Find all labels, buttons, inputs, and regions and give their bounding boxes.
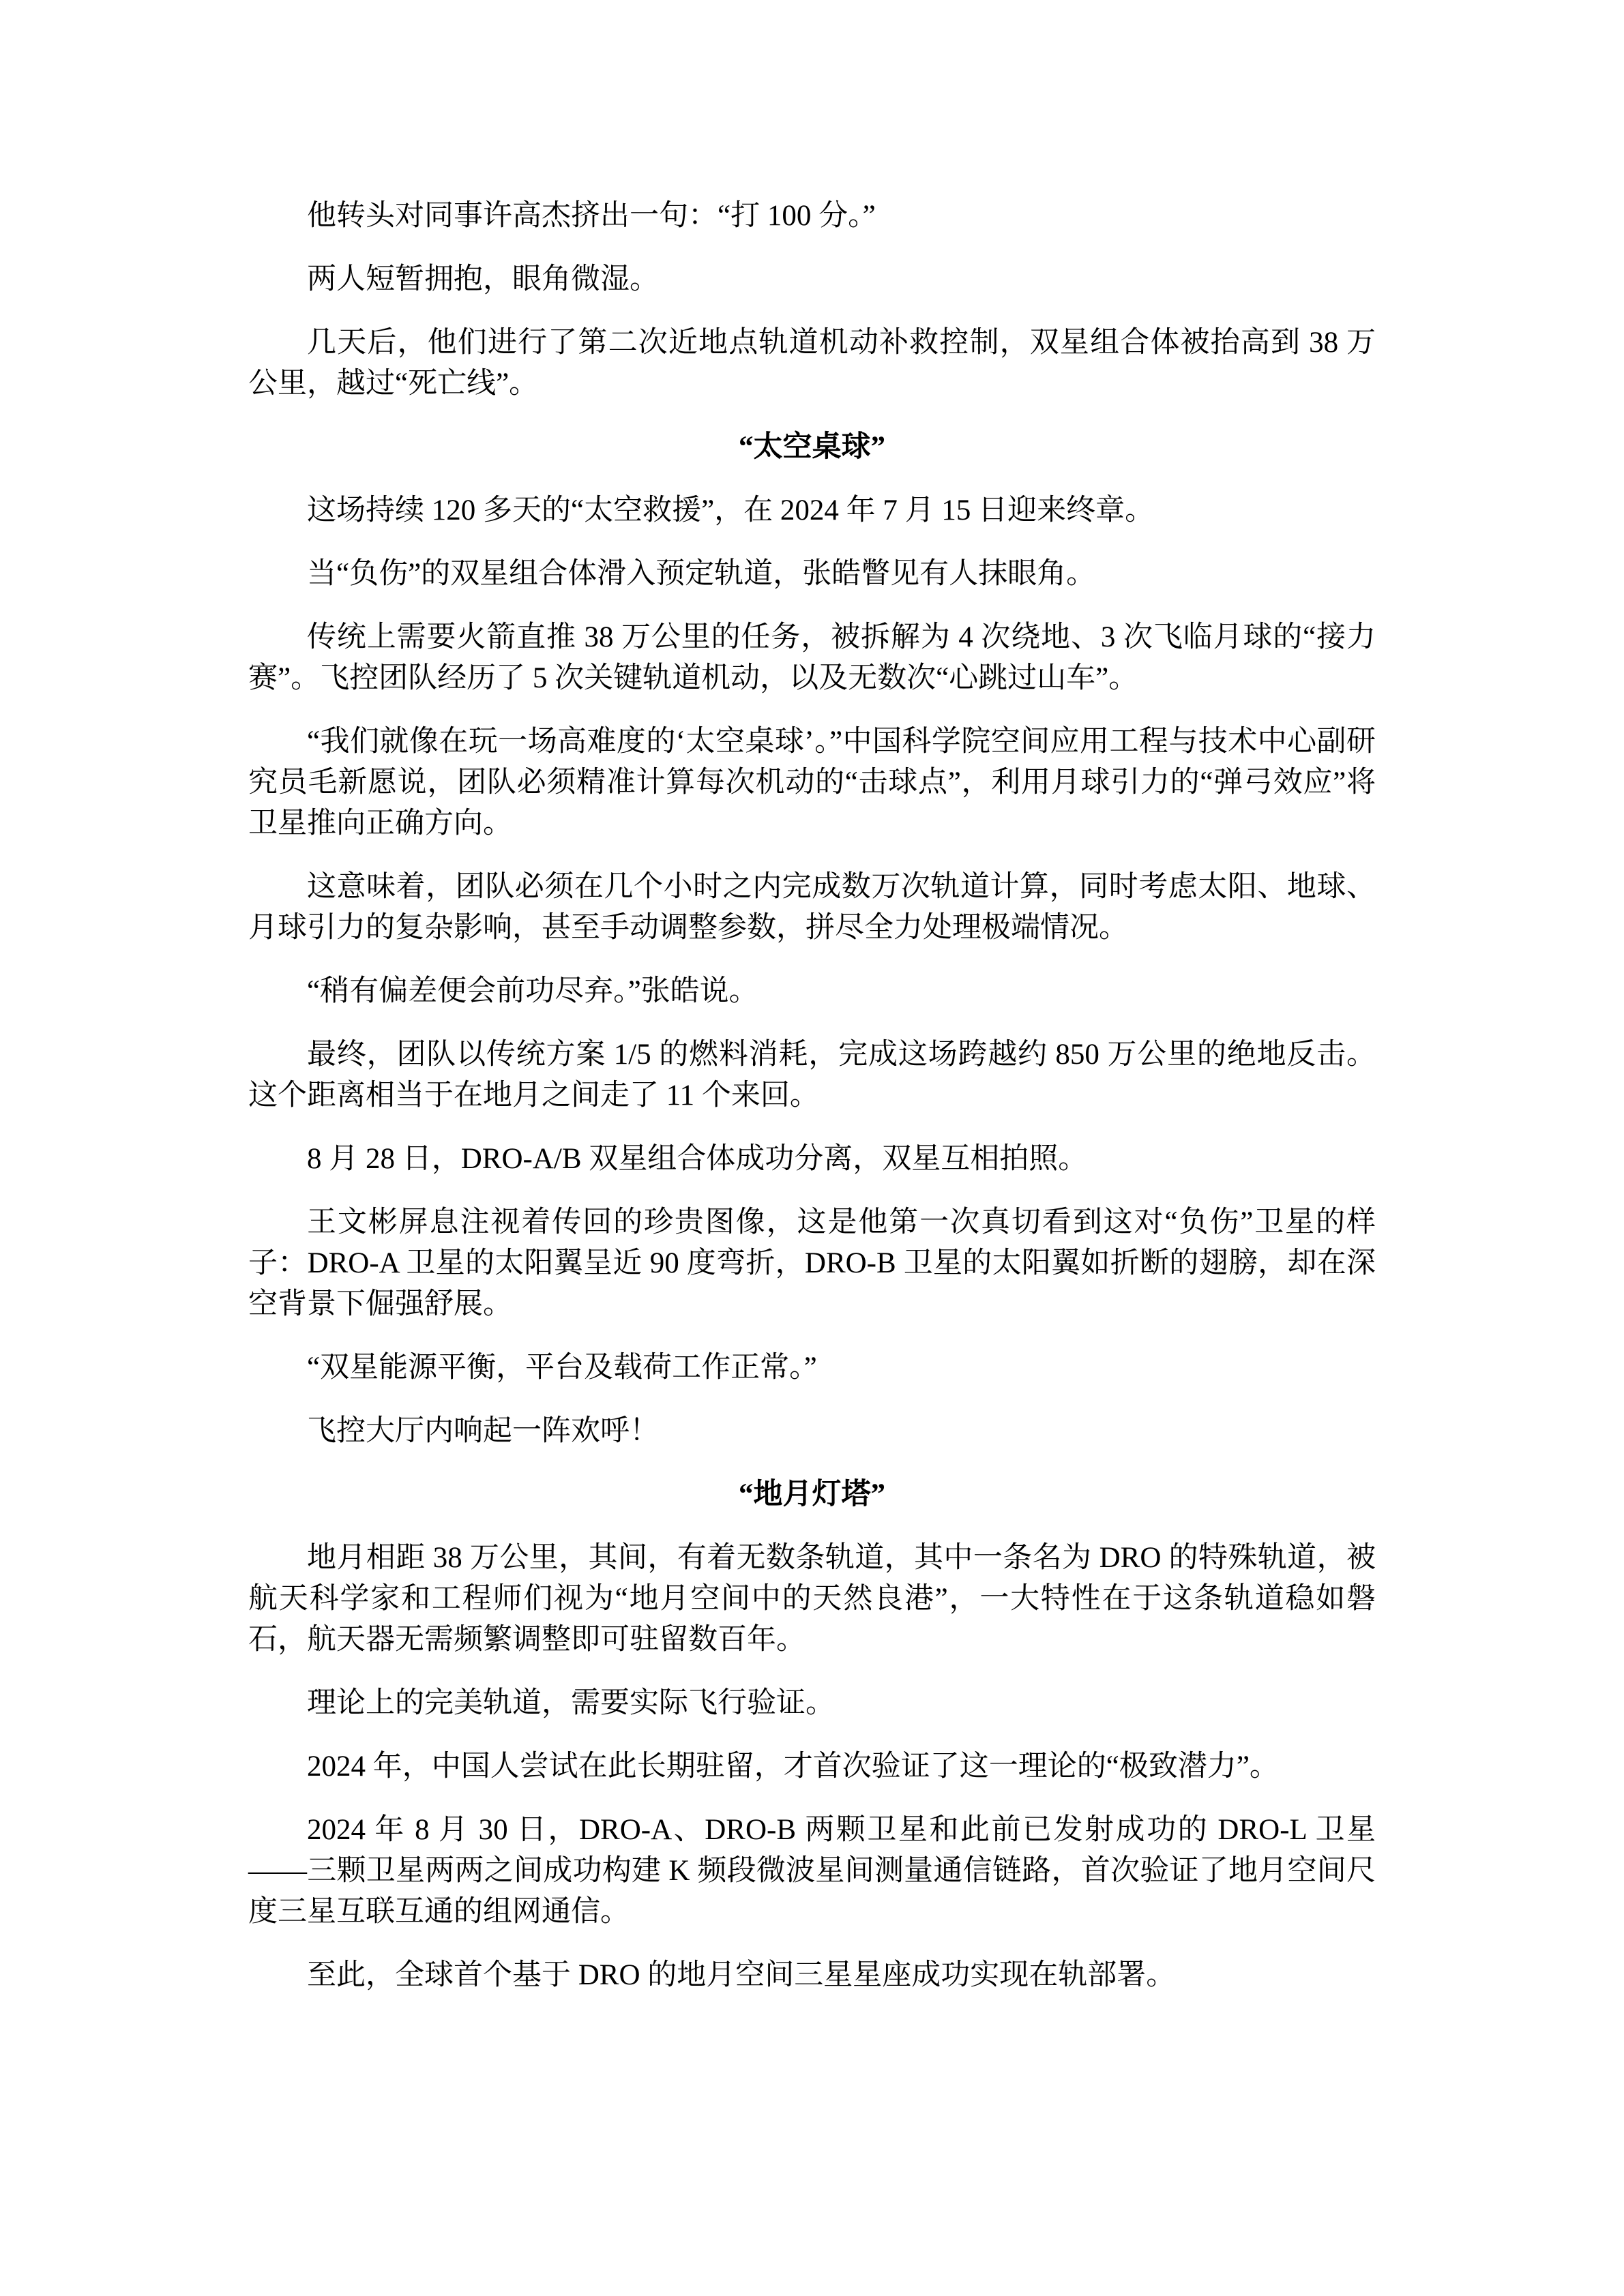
body-paragraph: 两人短暂拥抱，眼角微湿。	[248, 259, 1376, 300]
body-paragraph: 2024 年 8 月 30 日，DRO-A、DRO-B 两颗卫星和此前已发射成功…	[248, 1810, 1376, 1933]
body-paragraph: “双星能源平衡，平台及载荷工作正常。”	[248, 1347, 1376, 1388]
body-paragraph: 最终，团队以传统方案 1/5 的燃料消耗，完成这场跨越约 850 万公里的绝地反…	[248, 1034, 1376, 1116]
document-page: 他转头对同事许高杰挤出一句：“打 100 分。”两人短暂拥抱，眼角微湿。几天后，…	[0, 0, 1624, 2296]
body-paragraph: 8 月 28 日，DRO-A/B 双星组合体成功分离，双星互相拍照。	[248, 1139, 1376, 1180]
body-paragraph: 传统上需要火箭直推 38 万公里的任务，被拆解为 4 次绕地、3 次飞临月球的“…	[248, 617, 1376, 699]
section-heading: “地月灯塔”	[248, 1474, 1376, 1515]
article-body: 他转头对同事许高杰挤出一句：“打 100 分。”两人短暂拥抱，眼角微湿。几天后，…	[248, 196, 1376, 1996]
body-paragraph: 王文彬屏息注视着传回的珍贵图像，这是他第一次真切看到这对“负伤”卫星的样子：DR…	[248, 1202, 1376, 1325]
body-paragraph: 2024 年，中国人尝试在此长期驻留，才首次验证了这一理论的“极致潜力”。	[248, 1746, 1376, 1787]
body-paragraph: 几天后，他们进行了第二次近地点轨道机动补救控制，双星组合体被抬高到 38 万公里…	[248, 323, 1376, 404]
body-paragraph: 飞控大厅内响起一阵欢呼！	[248, 1411, 1376, 1452]
body-paragraph: “我们就像在玩一场高难度的‘太空桌球’。”中国科学院空间应用工程与技术中心副研究…	[248, 721, 1376, 844]
body-paragraph: 当“负伤”的双星组合体滑入预定轨道，张皓瞥见有人抹眼角。	[248, 554, 1376, 595]
body-paragraph: “稍有偏差便会前功尽弃。”张皓说。	[248, 971, 1376, 1012]
body-paragraph: 这场持续 120 多天的“太空救援”，在 2024 年 7 月 15 日迎来终章…	[248, 490, 1376, 531]
body-paragraph: 理论上的完美轨道，需要实际飞行验证。	[248, 1683, 1376, 1724]
section-heading: “太空桌球”	[248, 427, 1376, 468]
body-paragraph: 他转头对同事许高杰挤出一句：“打 100 分。”	[248, 196, 1376, 237]
body-paragraph: 这意味着，团队必须在几个小时之内完成数万次轨道计算，同时考虑太阳、地球、月球引力…	[248, 867, 1376, 949]
body-paragraph: 至此，全球首个基于 DRO 的地月空间三星星座成功实现在轨部署。	[248, 1955, 1376, 1996]
body-paragraph: 地月相距 38 万公里，其间，有着无数条轨道，其中一条名为 DRO 的特殊轨道，…	[248, 1538, 1376, 1660]
